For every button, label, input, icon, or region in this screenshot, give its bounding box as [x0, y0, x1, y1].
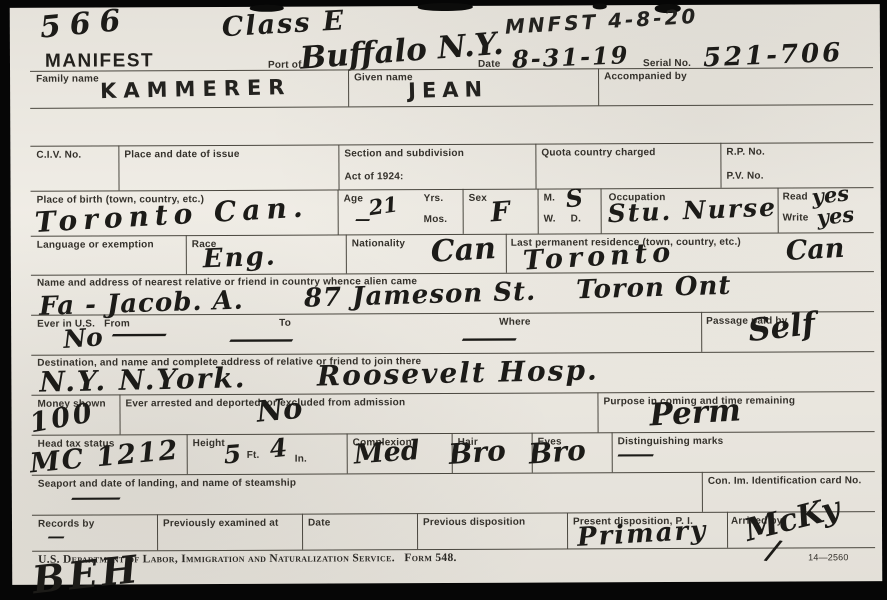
rule-h — [31, 351, 874, 356]
rule-v — [338, 189, 339, 234]
accompanied-by-label: Accompanied by — [604, 71, 687, 82]
rule-v — [302, 514, 303, 550]
records-by-value-dash: – — [46, 529, 66, 545]
rule-v — [186, 235, 187, 274]
act-of-1924-label: Act of 1924: — [344, 171, 403, 182]
yrs-label: Yrs. — [424, 193, 444, 204]
manifest-card: 566 Class E MNFST 4-8-20 MANIFEST Port o… — [10, 4, 883, 585]
previously-examined-label: Previously examined at — [163, 518, 279, 530]
mos-label: Mos. — [424, 214, 448, 225]
race-value: Eng. — [202, 243, 277, 272]
lot-number-handwriting: 566 — [39, 6, 131, 44]
height-in-value: 4 — [268, 435, 288, 462]
rule-h — [32, 431, 875, 436]
manifest-note-handwriting: MNFST 4-8-20 — [504, 6, 698, 37]
language-label: Language or exemption — [37, 239, 154, 251]
occupation-value: Stu. Nurse — [607, 195, 777, 227]
rule-v — [597, 392, 598, 432]
place-date-issue-label: Place and date of issue — [124, 149, 239, 161]
rule-v — [778, 188, 779, 233]
purpose-value: Perm — [649, 395, 742, 431]
age-label: Age — [344, 193, 364, 204]
rule-v — [727, 512, 728, 548]
age-mos-dash: – — [354, 211, 372, 227]
hair-value: Bro — [448, 437, 507, 469]
exam-date-label: Date — [308, 518, 331, 529]
write-label: Write — [783, 212, 809, 223]
rule-v — [601, 188, 602, 233]
marital-d-label: D. — [571, 213, 581, 224]
present-disposition-value: Primary — [576, 517, 708, 550]
rule-v — [157, 514, 158, 550]
marital-m-label: M. — [544, 193, 556, 204]
rule-v — [417, 513, 418, 549]
sex-value: F — [490, 198, 511, 226]
rule-v — [612, 432, 613, 472]
rule-v — [118, 145, 119, 190]
rule-v — [338, 144, 339, 189]
read-label: Read — [783, 191, 808, 202]
ever-arrested-value: No — [255, 394, 303, 427]
distinguishing-marks-value: — — [616, 446, 656, 464]
from-dash: — — [109, 323, 169, 343]
rule-v — [463, 189, 464, 234]
pv-no-label: P.V. No. — [726, 171, 763, 182]
nationality-value: Can — [430, 234, 497, 268]
rule-v — [348, 69, 349, 106]
rule-v — [538, 189, 539, 234]
height-label: Height — [193, 438, 225, 449]
last-residence-country-value: Can — [785, 235, 845, 265]
to-value-dash: — — [226, 329, 296, 349]
given-name-label: Given name — [354, 72, 413, 83]
rule-v — [119, 394, 120, 434]
marital-w-label: W. — [544, 214, 556, 225]
rule-v — [567, 512, 568, 548]
previous-disposition-label: Previous disposition — [423, 517, 525, 528]
rule-v — [187, 434, 188, 474]
rp-no-label: R.P. No. — [726, 147, 765, 158]
rule-v — [720, 143, 721, 188]
rule-v — [347, 433, 348, 473]
rule-h — [30, 104, 873, 109]
scan-artifact — [418, 3, 473, 11]
complexion-value: Med — [353, 437, 421, 469]
section-subdivision-label: Section and subdivision — [344, 148, 464, 160]
marital-value: S — [564, 186, 584, 212]
rule-h — [31, 187, 874, 192]
write-value: yes — [816, 203, 855, 228]
rule-v — [701, 312, 702, 352]
height-ft-value: 5 — [223, 441, 242, 467]
rule-v — [535, 144, 536, 189]
rule-v — [346, 234, 347, 273]
clerk-initials-handwriting: BEH — [30, 550, 142, 600]
passage-paid-value: Self — [747, 309, 817, 347]
given-name-value: JEAN — [408, 79, 488, 102]
age-value: 21 — [367, 193, 399, 218]
civ-no-label: C.I.V. No. — [36, 150, 81, 161]
where-value-dash: — — [459, 328, 519, 348]
sex-label: Sex — [469, 193, 487, 204]
quota-country-label: Quota country charged — [541, 147, 655, 158]
nationality-label: Nationality — [352, 238, 405, 249]
scanned-manifest-page: { "colors": { "paper": "#f2efe8", "ink":… — [0, 0, 887, 600]
arrived-by-signature: McKy — [742, 493, 843, 547]
seaport-value-dash: — — [69, 489, 123, 507]
eyes-value: Bro — [528, 436, 587, 468]
rule-v — [506, 234, 507, 273]
family-name-value: KAMMERER — [100, 77, 292, 102]
print-code: 14—2560 — [808, 553, 848, 563]
class-note-handwriting: Class E — [221, 7, 346, 41]
rule-v — [702, 472, 703, 512]
last-residence-town-value: Toronto — [522, 239, 676, 275]
family-name-label: Family name — [36, 74, 99, 85]
rule-v — [598, 68, 599, 105]
con-im-card-label: Con. Im. Identification card No. — [708, 475, 862, 487]
ever-in-us-value: No — [62, 324, 103, 352]
in-label: In. — [295, 454, 307, 465]
ft-label: Ft. — [247, 450, 260, 461]
rule-h — [31, 271, 874, 276]
